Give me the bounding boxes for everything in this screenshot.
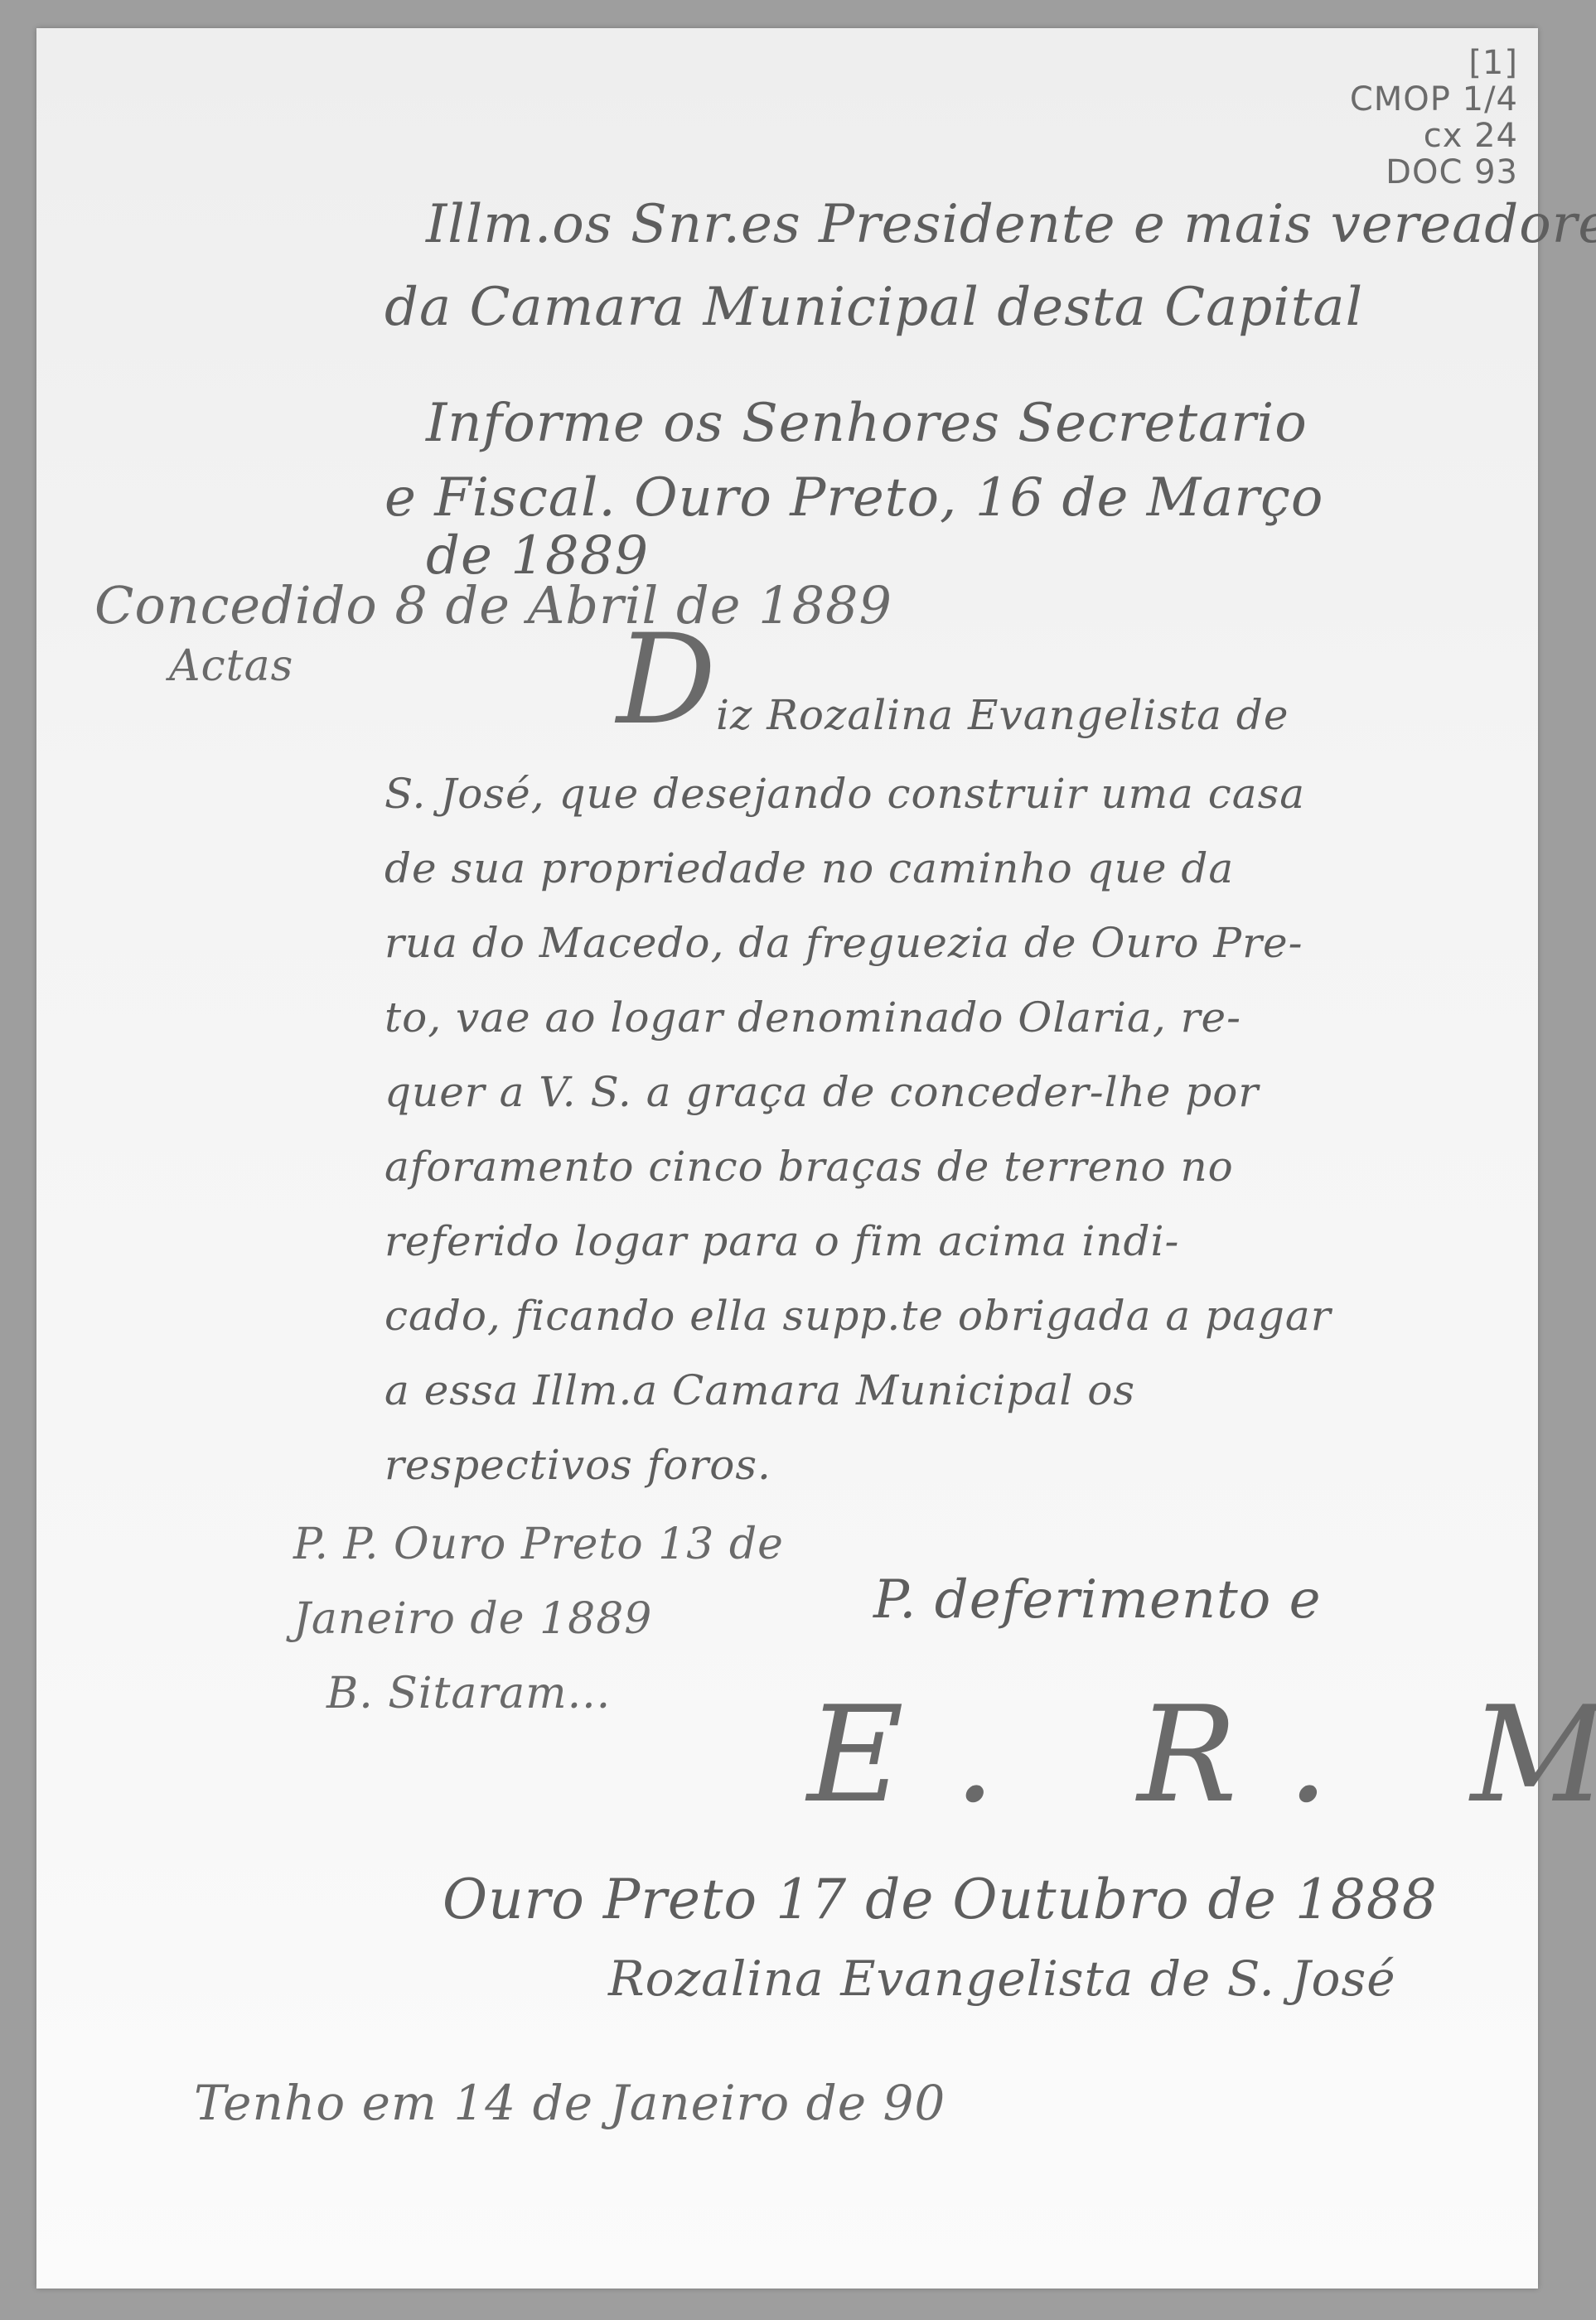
- petition-line: to, vae ao logar denominado Olaria, re-: [384, 993, 1241, 1042]
- concession-note-line-2: Actas: [169, 641, 293, 691]
- footer-note: Tenho em 14 de Janeiro de 90: [194, 2075, 946, 2131]
- salutation-line-2: da Camara Municipal desta Capital: [384, 277, 1363, 338]
- despacho-line-1: Informe os Senhores Secretario: [426, 393, 1308, 454]
- petition-initial: D: [617, 608, 717, 752]
- petition-line: de sua propriedade no caminho que da: [384, 844, 1234, 892]
- petition-line: referido logar para o fim acima indi-: [384, 1217, 1179, 1265]
- petition-line: a essa Illm.a Camara Municipal os: [384, 1366, 1135, 1414]
- petition-line: iz Rozalina Evangelista de: [716, 691, 1289, 739]
- petition-line: S. José, que desejando construir uma cas…: [384, 770, 1305, 818]
- archive-mark-4: DOC 93: [1350, 154, 1518, 191]
- archive-mark-1: [1]: [1350, 45, 1518, 81]
- manuscript-page: [1] CMOP 1/4 cx 24 DOC 93 Illm.os Snr.es…: [36, 28, 1538, 2289]
- petition-line: aforamento cinco braças de terreno no: [384, 1143, 1234, 1191]
- despacho-line-2: e Fiscal. Ouro Preto, 16 de Março: [384, 467, 1323, 529]
- left-note-line-3: B. Sitaram...: [326, 1669, 611, 1718]
- dateline-place-date: Ouro Preto 17 de Outubro de 1888: [443, 1868, 1438, 1931]
- left-note-line-2: Janeiro de 1889: [293, 1594, 652, 1644]
- petition-line: quer a V. S. a graça de conceder-lhe por: [384, 1068, 1259, 1116]
- left-note-line-1: P. P. Ouro Preto 13 de: [293, 1520, 784, 1569]
- salutation-line-1: Illm.os Snr.es Presidente e mais vereado…: [426, 194, 1596, 255]
- petition-line: respectivos foros.: [384, 1441, 771, 1489]
- archive-reference: [1] CMOP 1/4 cx 24 DOC 93: [1350, 45, 1518, 191]
- closing-monogram: E. R. M.: [807, 1677, 1596, 1832]
- petitioner-signature: Rozalina Evangelista de S. José: [608, 1950, 1396, 2007]
- archive-mark-2: CMOP 1/4: [1350, 81, 1518, 118]
- archive-mark-3: cx 24: [1350, 118, 1518, 154]
- concession-note-line-1: Concedido 8 de Abril de 1889: [94, 575, 892, 636]
- closing-request: P. deferimento e: [873, 1569, 1322, 1631]
- petition-line: cado, ficando ella supp.te obrigada a pa…: [384, 1292, 1332, 1340]
- petition-line: rua do Macedo, da freguezia de Ouro Pre-: [384, 919, 1303, 967]
